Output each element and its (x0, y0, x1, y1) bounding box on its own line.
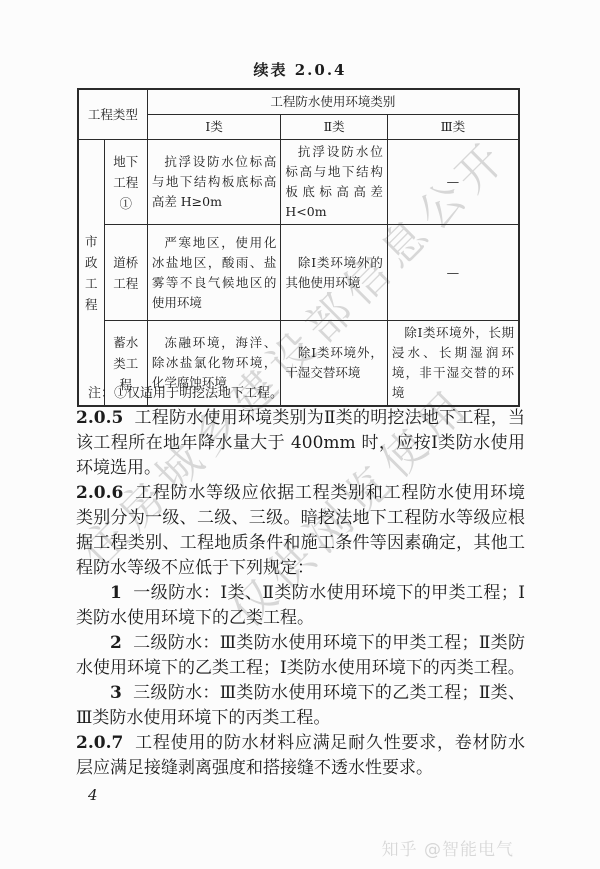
clause-body: 工程使用的防水材料应满足耐久性要求，卷材防水层应满足接缝剥离强度和搭接缝不透水性… (76, 733, 525, 778)
clause-body: 工程防水等级应依据工程类别和工程防水使用环境类别分为一级、二级、三级。暗挖法地下… (76, 483, 525, 578)
clause-number: 2.0.5 (76, 408, 123, 428)
header-project-type: 工程类型 (78, 89, 147, 140)
table-footnote: 注：①仅适用于明挖法地下工程。 (88, 382, 528, 401)
item-body: 一级防水：Ⅰ类、Ⅱ类防水使用环境下的甲类工程；Ⅰ类防水使用环境下的乙类工程。 (76, 583, 525, 628)
row-label-road-bridge-works: 道桥工程 (104, 225, 147, 321)
clause-number: 2.0.6 (76, 483, 123, 503)
item-body: 二级防水：Ⅲ类防水使用环境下的甲类工程；Ⅱ类防水使用环境下的乙类工程；Ⅰ类防水使… (76, 633, 525, 678)
clause-body: 工程防水使用环境类别为Ⅱ类的明挖法地下工程，当该工程所在地年降水量大于 400m… (76, 408, 525, 478)
item-number: 3 (110, 683, 122, 703)
header-class-2: Ⅱ类 (281, 115, 387, 140)
zhihu-credit-watermark: 知乎 @智能电气 (382, 835, 514, 860)
clause-number: 2.0.7 (76, 733, 123, 753)
cell-underground-class3: — (387, 140, 519, 225)
clause-item-1: 1一级防水：Ⅰ类、Ⅱ类防水使用环境下的甲类工程；Ⅰ类防水使用环境下的乙类工程。 (76, 581, 525, 631)
document-page: 住房城乡建设部信息公开 仅供浏览使用 续表 2.0.4 工程类型 工程防水使用环… (0, 0, 600, 869)
cell-underground-class2: 抗浮设防水位标高与地下结构板底标高高差 H<0m (281, 140, 387, 225)
item-body: 三级防水：Ⅲ类防水使用环境下的乙类工程；Ⅱ类、Ⅲ类防水使用环境下的丙类工程。 (76, 683, 525, 728)
header-environment-group: 工程防水使用环境类别 (147, 89, 519, 115)
cell-underground-class1: 抗浮设防水位标高与地下结构板底标高高差 H≥0m (147, 140, 281, 225)
row-label-underground-works: 地下工程① (104, 140, 147, 225)
cell-roadbridge-class2: 除Ⅰ类环境外的其他使用环境 (281, 225, 387, 321)
clause-2-0-7: 2.0.7工程使用的防水材料应满足耐久性要求，卷材防水层应满足接缝剥离强度和搭接… (76, 731, 525, 781)
waterproof-environment-table: 工程类型 工程防水使用环境类别 Ⅰ类 Ⅱ类 Ⅲ类 市政工程 地下工程① 抗浮设防… (77, 88, 520, 407)
item-number: 1 (110, 583, 122, 603)
cell-roadbridge-class3: — (387, 225, 519, 321)
clause-text-block: 2.0.5工程防水使用环境类别为Ⅱ类的明挖法地下工程，当该工程所在地年降水量大于… (76, 406, 525, 781)
row-group-municipal-engineering: 市政工程 (78, 140, 104, 407)
clause-2-0-6: 2.0.6工程防水等级应依据工程类别和工程防水使用环境类别分为一级、二级、三级。… (76, 481, 525, 581)
cell-roadbridge-class1: 严寒地区，使用化冰盐地区，酸雨、盐雾等不良气候地区的使用环境 (147, 225, 281, 321)
clause-item-2: 2二级防水：Ⅲ类防水使用环境下的甲类工程；Ⅱ类防水使用环境下的乙类工程；Ⅰ类防水… (76, 631, 525, 681)
clause-item-3: 3三级防水：Ⅲ类防水使用环境下的乙类工程；Ⅱ类、Ⅲ类防水使用环境下的丙类工程。 (76, 681, 525, 731)
clause-2-0-5: 2.0.5工程防水使用环境类别为Ⅱ类的明挖法地下工程，当该工程所在地年降水量大于… (76, 406, 525, 481)
table-title: 续表 2.0.4 (0, 59, 600, 80)
page-number: 4 (88, 786, 98, 804)
item-number: 2 (110, 633, 122, 653)
header-class-3: Ⅲ类 (387, 115, 519, 140)
header-class-1: Ⅰ类 (147, 115, 281, 140)
